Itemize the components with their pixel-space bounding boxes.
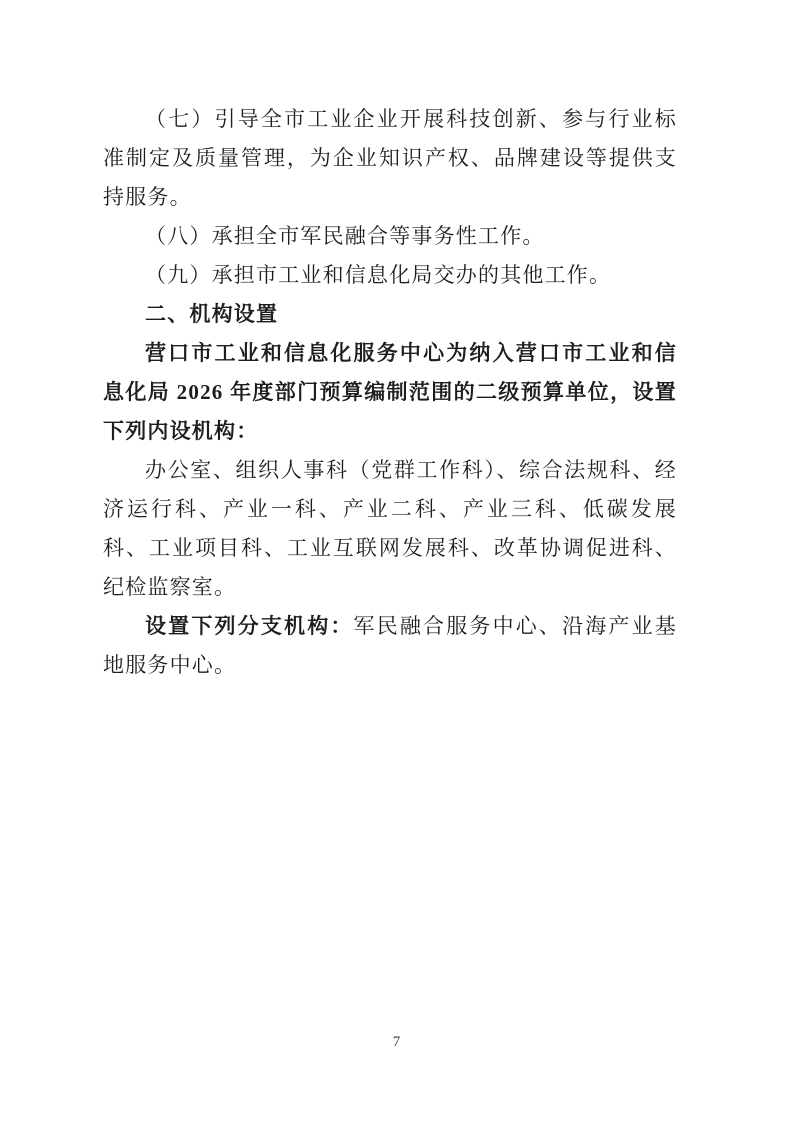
paragraph-item-7: （七）引导全市工业企业开展科技创新、参与行业标准制定及质量管理，为企业知识产权、…: [103, 100, 677, 217]
paragraph-item-8: （八）承担全市军民融合等事务性工作。: [103, 217, 677, 256]
page-number: 7: [0, 1032, 793, 1052]
section-heading: 二、机构设置: [103, 295, 677, 334]
document-body: （七）引导全市工业企业开展科技创新、参与行业标准制定及质量管理，为企业知识产权、…: [103, 100, 677, 685]
document-page: （七）引导全市工业企业开展科技创新、参与行业标准制定及质量管理，为企业知识产权、…: [0, 0, 793, 1122]
paragraph-item-9: （九）承担市工业和信息化局交办的其他工作。: [103, 256, 677, 295]
paragraph-branch-organizations: 设置下列分支机构：军民融合服务中心、沿海产业基地服务中心。: [103, 607, 677, 685]
branch-organizations-label: 设置下列分支机构：: [145, 615, 354, 638]
paragraph-internal-departments: 办公室、组织人事科（党群工作科）、综合法规科、经济运行科、产业一科、产业二科、产…: [103, 451, 677, 607]
paragraph-org-intro: 营口市工业和信息化服务中心为纳入营口市工业和信息化局 2026 年度部门预算编制…: [103, 334, 677, 451]
